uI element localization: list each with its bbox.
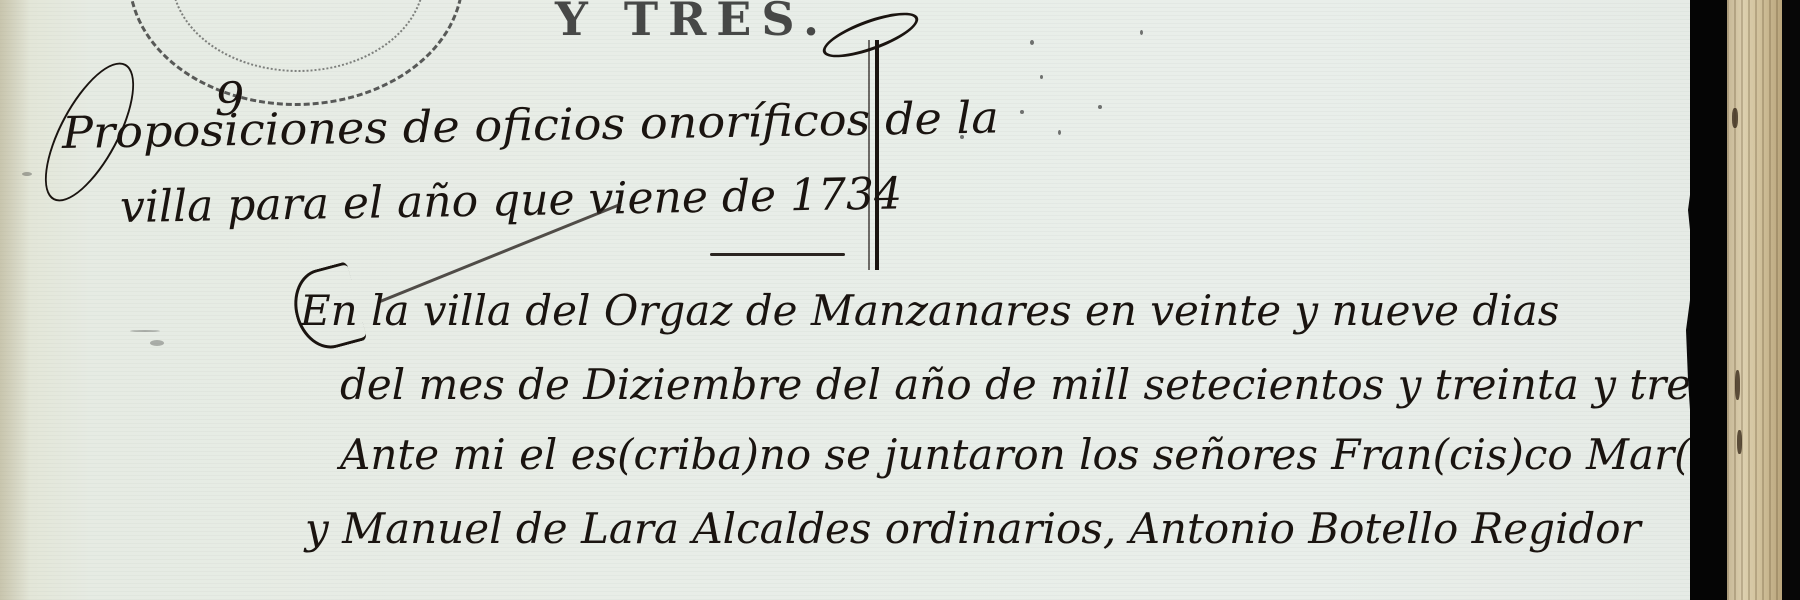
binding-mark <box>1735 370 1740 400</box>
flourish-rubric-top <box>818 4 923 67</box>
ink-speckle <box>960 135 964 139</box>
binding-mark <box>1732 108 1738 128</box>
ink-speckle <box>1140 30 1143 35</box>
book-binding-strip <box>1727 0 1782 600</box>
heading-line-2: villa para el año que viene de 1734 <box>120 168 903 233</box>
manuscript-photo: HISP D.G. Y TRES. 9 Proposiciones de ofi… <box>0 0 1800 600</box>
rubric-vertical-stroke <box>875 40 879 270</box>
heading-underline <box>710 253 845 256</box>
body-line-2: del mes de Diziembre del año de mill set… <box>340 360 1800 409</box>
binding-edge-shadow <box>1782 0 1800 600</box>
ink-speckle <box>1030 40 1034 45</box>
body-line-1: En la villa del Orgaz de Manzanares en v… <box>300 286 1559 335</box>
stamp-header-text: Y TRES. <box>555 0 829 46</box>
ink-speckle <box>1058 130 1061 135</box>
ink-speckle <box>1040 75 1043 79</box>
ink-smudge <box>22 172 32 176</box>
stamp-seal: HISP D.G. <box>128 0 464 106</box>
heading-line-1: Proposiciones de oficios onoríficos de l… <box>62 92 1000 159</box>
ink-smudge <box>150 340 164 346</box>
ink-smudge <box>130 330 160 332</box>
rubric-vertical-stroke-thin <box>868 40 870 270</box>
ink-speckle <box>1020 110 1024 114</box>
body-line-4: y Manuel de Lara Alcaldes ordinarios, An… <box>305 504 1641 553</box>
paper-page: HISP D.G. Y TRES. 9 Proposiciones de ofi… <box>0 0 1693 600</box>
ink-speckle <box>1098 105 1102 109</box>
page-edge-shadow <box>0 0 30 600</box>
body-line-3: Ante mi el es(criba)no se juntaron los s… <box>340 430 1800 479</box>
binding-mark <box>1737 430 1742 454</box>
page-gap-shadow <box>1690 0 1730 600</box>
stamp-seal-inner-ring <box>171 0 425 72</box>
